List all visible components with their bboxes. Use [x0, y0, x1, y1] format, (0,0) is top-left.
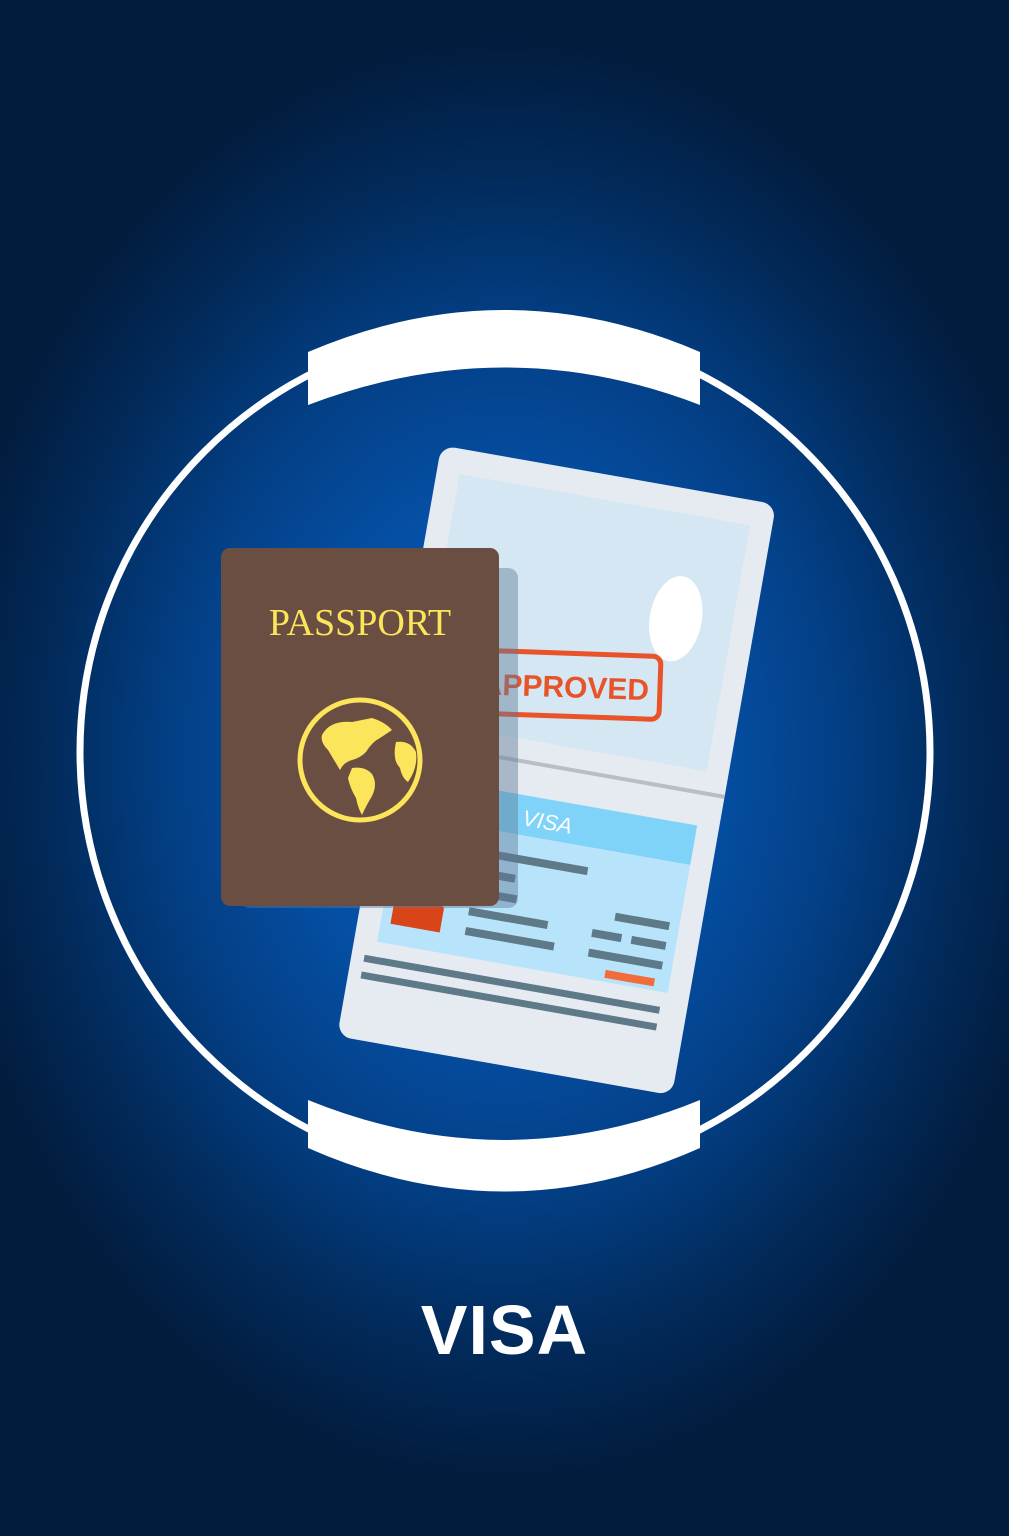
passport-cover: PASSPORT: [221, 548, 499, 906]
page-title: VISA: [0, 1290, 1009, 1370]
passport-label: PASSPORT: [269, 602, 451, 644]
